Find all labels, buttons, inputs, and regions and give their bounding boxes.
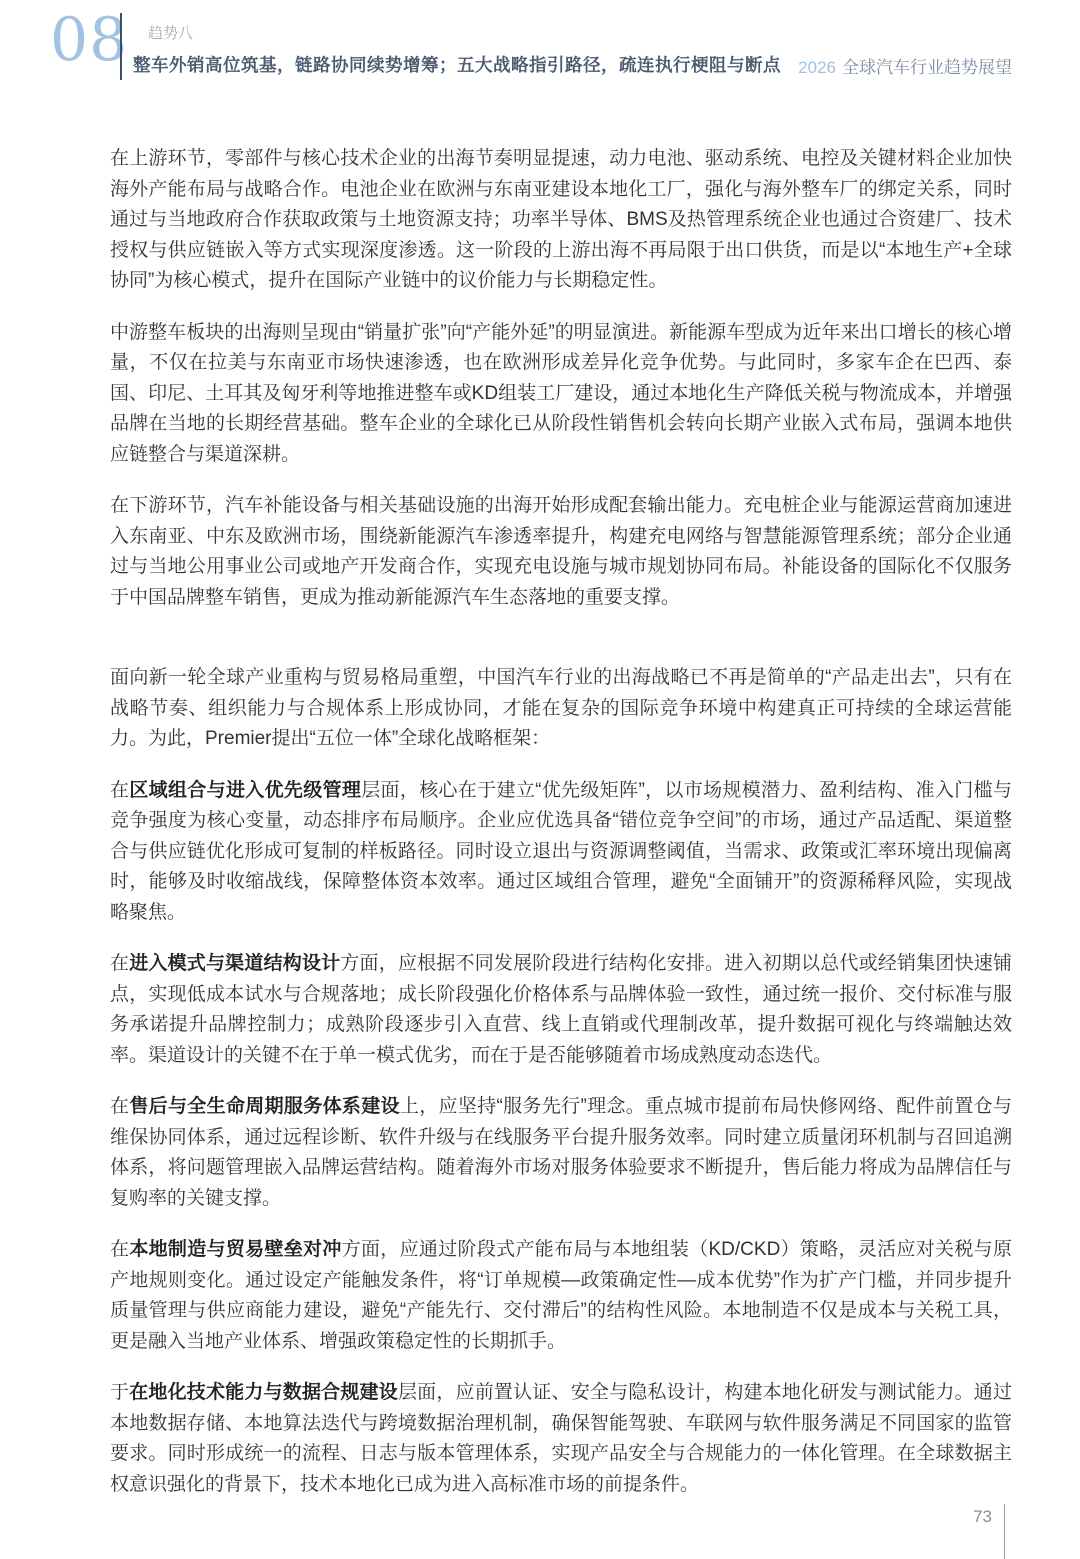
chapter-subtitle: 整车外销高位筑基，链路协同续势增筹；五大战略指引路径，疏连执行梗阻与断点 xyxy=(133,54,781,76)
paragraph-text: 面向新一轮全球产业重构与贸易格局重塑，中国汽车行业的出海战略已不再是简单的“产品… xyxy=(110,667,1012,749)
paragraph-upstream: 在上游环节，零部件与核心技术企业的出海节奏明显提速，动力电池、驱动系统、电控及关… xyxy=(110,144,1012,297)
paragraph-bold-lead: 售后与全生命周期服务体系建设 xyxy=(129,1096,400,1117)
paragraph-prefix: 在 xyxy=(110,953,129,974)
chapter-number: 08 xyxy=(50,4,128,76)
paragraph-aftersales-service: 在售后与全生命周期服务体系建设上，应坚持“服务先行”理念。重点城市提前布局快修网… xyxy=(110,1092,1012,1214)
paragraph-midstream: 中游整车板块的出海则呈现由“销量扩张”向“产能外延”的明显演进。新能源车型成为近… xyxy=(110,318,1012,471)
paragraph-bold-lead: 在地化技术能力与数据合规建设 xyxy=(129,1382,398,1403)
paragraph-text: 在下游环节，汽车补能设备与相关基础设施的出海开始形成配套输出能力。充电桩企业与能… xyxy=(110,495,1012,608)
paragraph-bold-lead: 本地制造与贸易壁垒对冲 xyxy=(129,1239,341,1260)
report-title-text: 全球汽车行业趋势展望 xyxy=(842,58,1012,77)
paragraph-strategy-intro: 面向新一轮全球产业重构与贸易格局重塑，中国汽车行业的出海战略已不再是简单的“产品… xyxy=(110,663,1012,755)
paragraph-prefix: 在 xyxy=(110,1239,129,1260)
trend-label: 趋势八 xyxy=(148,25,193,43)
footer-divider xyxy=(1004,1504,1005,1559)
paragraph-downstream: 在下游环节，汽车补能设备与相关基础设施的出海开始形成配套输出能力。充电桩企业与能… xyxy=(110,491,1012,613)
paragraph-bold-lead: 区域组合与进入优先级管理 xyxy=(129,780,361,801)
page-number: 73 xyxy=(973,1507,992,1527)
report-year: 2026 xyxy=(798,58,836,77)
paragraph-prefix: 在 xyxy=(110,780,129,801)
paragraph-prefix: 在 xyxy=(110,1096,129,1117)
paragraph-tech-compliance: 于在地化技术能力与数据合规建设层面，应前置认证、安全与隐私设计，构建本地化研发与… xyxy=(110,1378,1012,1500)
paragraph-channel-design: 在进入模式与渠道结构设计方面，应根据不同发展阶段进行结构化安排。进入初期以总代或… xyxy=(110,949,1012,1071)
report-title: 2026全球汽车行业趋势展望 xyxy=(798,57,1012,79)
paragraph-prefix: 于 xyxy=(110,1382,129,1403)
paragraph-region-portfolio: 在区域组合与进入优先级管理层面，核心在于建立“优先级矩阵”，以市场规模潜力、盈利… xyxy=(110,776,1012,929)
paragraph-local-manufacturing: 在本地制造与贸易壁垒对冲方面，应通过阶段式产能布局与本地组装（KD/CKD）策略… xyxy=(110,1235,1012,1357)
body-content: 在上游环节，零部件与核心技术企业的出海节奏明显提速，动力电池、驱动系统、电控及关… xyxy=(110,144,1012,1521)
paragraph-text: 在上游环节，零部件与核心技术企业的出海节奏明显提速，动力电池、驱动系统、电控及关… xyxy=(110,148,1012,291)
paragraph-text: 中游整车板块的出海则呈现由“销量扩张”向“产能外延”的明显演进。新能源车型成为近… xyxy=(110,322,1012,465)
document-page: 08 趋势八 整车外销高位筑基，链路协同续势增筹；五大战略指引路径，疏连执行梗阻… xyxy=(0,0,1080,1559)
paragraph-bold-lead: 进入模式与渠道结构设计 xyxy=(129,953,340,974)
header-divider xyxy=(120,13,122,80)
